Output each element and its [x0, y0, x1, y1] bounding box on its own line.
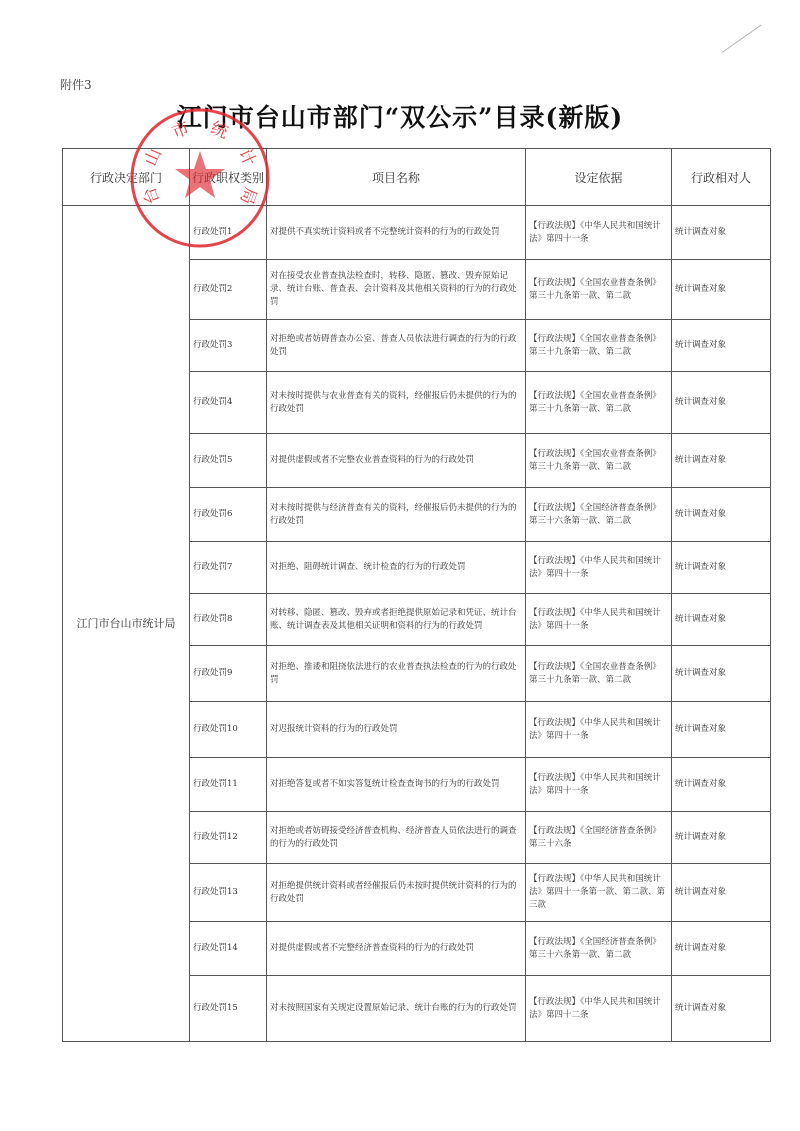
- basis-cell: 【行政法规】《全国农业普查条例》第三十九条第一款、第二款: [526, 320, 672, 372]
- target-cell: 统计调查对象: [672, 702, 771, 758]
- target-cell: 统计调查对象: [672, 488, 771, 542]
- category-cell: 行政处罚14: [190, 922, 267, 976]
- target-cell: 统计调查对象: [672, 812, 771, 864]
- category-cell: 行政处罚7: [190, 542, 267, 594]
- directory-table: 行政决定部门 行政职权类别 项目名称 设定依据 行政相对人 江门市台山市统计局行…: [62, 148, 771, 1042]
- header-basis: 设定依据: [526, 149, 672, 206]
- category-cell: 行政处罚5: [190, 434, 267, 488]
- basis-cell: 【行政法规】《全国经济普查条例》第三十六条第一款、第二款: [526, 922, 672, 976]
- category-cell: 行政处罚2: [190, 260, 267, 320]
- attachment-label: 附件3: [60, 76, 92, 93]
- basis-cell: 【行政法规】《中华人民共和国统计法》第四十一条第一款、第二款、第三款: [526, 864, 672, 922]
- document-title: 江门市台山市部门“双公示”目录(新版): [0, 98, 800, 134]
- category-cell: 行政处罚10: [190, 702, 267, 758]
- item-name-cell: 对拒绝答复或者不如实答复统计检查查询书的行为的行政处罚: [267, 758, 526, 812]
- basis-cell: 【行政法规】《中华人民共和国统计法》第四十一条: [526, 758, 672, 812]
- item-name-cell: 对提供虚假或者不完整农业普查资料的行为的行政处罚: [267, 434, 526, 488]
- item-name-cell: 对转移、隐匿、篡改、毁弃或者拒绝提供原始记录和凭证、统计台账、统计调查表及其他相…: [267, 594, 526, 646]
- pen-mark: [722, 25, 762, 53]
- item-name-cell: 对拒绝、阻碍统计调查、统计检查的行为的行政处罚: [267, 542, 526, 594]
- category-cell: 行政处罚4: [190, 372, 267, 434]
- basis-cell: 【行政法规】《中华人民共和国统计法》第四十一条: [526, 206, 672, 260]
- basis-cell: 【行政法规】《中华人民共和国统计法》第四十一条: [526, 702, 672, 758]
- item-name-cell: 对拒绝或者妨碍普查办公室、普查人员依法进行调查的行为的行政处罚: [267, 320, 526, 372]
- target-cell: 统计调查对象: [672, 864, 771, 922]
- category-cell: 行政处罚12: [190, 812, 267, 864]
- basis-cell: 【行政法规】《全国经济普查条例》第三十六条: [526, 812, 672, 864]
- item-name-cell: 对拒绝、推诿和阻挠依法进行的农业普查执法检查的行为的行政处罚: [267, 646, 526, 702]
- basis-cell: 【行政法规】《中华人民共和国统计法》第四十一条: [526, 594, 672, 646]
- item-name-cell: 对迟报统计资料的行为的行政处罚: [267, 702, 526, 758]
- basis-cell: 【行政法规】《中华人民共和国统计法》第四十二条: [526, 976, 672, 1042]
- target-cell: 统计调查对象: [672, 594, 771, 646]
- department-cell: 江门市台山市统计局: [63, 206, 190, 1042]
- basis-cell: 【行政法规】《全国农业普查条例》第三十九条第一款、第二款: [526, 372, 672, 434]
- item-name-cell: 对在接受农业普查执法检查时，转移、隐匿、篡改、毁弃原始记录、统计台账、普查表、会…: [267, 260, 526, 320]
- target-cell: 统计调查对象: [672, 372, 771, 434]
- item-name-cell: 对未按时提供与农业普查有关的资料，经催报后仍未提供的行为的行政处罚: [267, 372, 526, 434]
- category-cell: 行政处罚8: [190, 594, 267, 646]
- header-department: 行政决定部门: [63, 149, 190, 206]
- basis-cell: 【行政法规】《全国农业普查条例》第三十九条第一款、第二款: [526, 260, 672, 320]
- item-name-cell: 对拒绝提供统计资料或者经催报后仍未按时提供统计资料的行为的行政处罚: [267, 864, 526, 922]
- header-target: 行政相对人: [672, 149, 771, 206]
- item-name-cell: 对未按照国家有关规定设置原始记录、统计台账的行为的行政处罚: [267, 976, 526, 1042]
- category-cell: 行政处罚9: [190, 646, 267, 702]
- item-name-cell: 对提供不真实统计资料或者不完整统计资料的行为的行政处罚: [267, 206, 526, 260]
- item-name-cell: 对拒绝或者妨碍接受经济普查机构、经济普查人员依法进行的调查的行为的行政处罚: [267, 812, 526, 864]
- category-cell: 行政处罚1: [190, 206, 267, 260]
- category-cell: 行政处罚11: [190, 758, 267, 812]
- target-cell: 统计调查对象: [672, 320, 771, 372]
- item-name-cell: 对未按时提供与经济普查有关的资料，经催报后仍未提供的行为的行政处罚: [267, 488, 526, 542]
- target-cell: 统计调查对象: [672, 542, 771, 594]
- category-cell: 行政处罚6: [190, 488, 267, 542]
- target-cell: 统计调查对象: [672, 646, 771, 702]
- table-header-row: 行政决定部门 行政职权类别 项目名称 设定依据 行政相对人: [63, 149, 771, 206]
- header-category: 行政职权类别: [190, 149, 267, 206]
- category-cell: 行政处罚15: [190, 976, 267, 1042]
- target-cell: 统计调查对象: [672, 758, 771, 812]
- basis-cell: 【行政法规】《全国农业普查条例》第三十九条第一款、第二款: [526, 434, 672, 488]
- basis-cell: 【行政法规】《全国经济普查条例》第三十六条第一款、第二款: [526, 488, 672, 542]
- table-row: 江门市台山市统计局行政处罚1对提供不真实统计资料或者不完整统计资料的行为的行政处…: [63, 206, 771, 260]
- header-item-name: 项目名称: [267, 149, 526, 206]
- target-cell: 统计调查对象: [672, 434, 771, 488]
- target-cell: 统计调查对象: [672, 976, 771, 1042]
- target-cell: 统计调查对象: [672, 260, 771, 320]
- target-cell: 统计调查对象: [672, 206, 771, 260]
- basis-cell: 【行政法规】《全国农业普查条例》第三十九条第一款、第二款: [526, 646, 672, 702]
- category-cell: 行政处罚3: [190, 320, 267, 372]
- category-cell: 行政处罚13: [190, 864, 267, 922]
- item-name-cell: 对提供虚假或者不完整经济普查资料的行为的行政处罚: [267, 922, 526, 976]
- target-cell: 统计调查对象: [672, 922, 771, 976]
- basis-cell: 【行政法规】《中华人民共和国统计法》第四十一条: [526, 542, 672, 594]
